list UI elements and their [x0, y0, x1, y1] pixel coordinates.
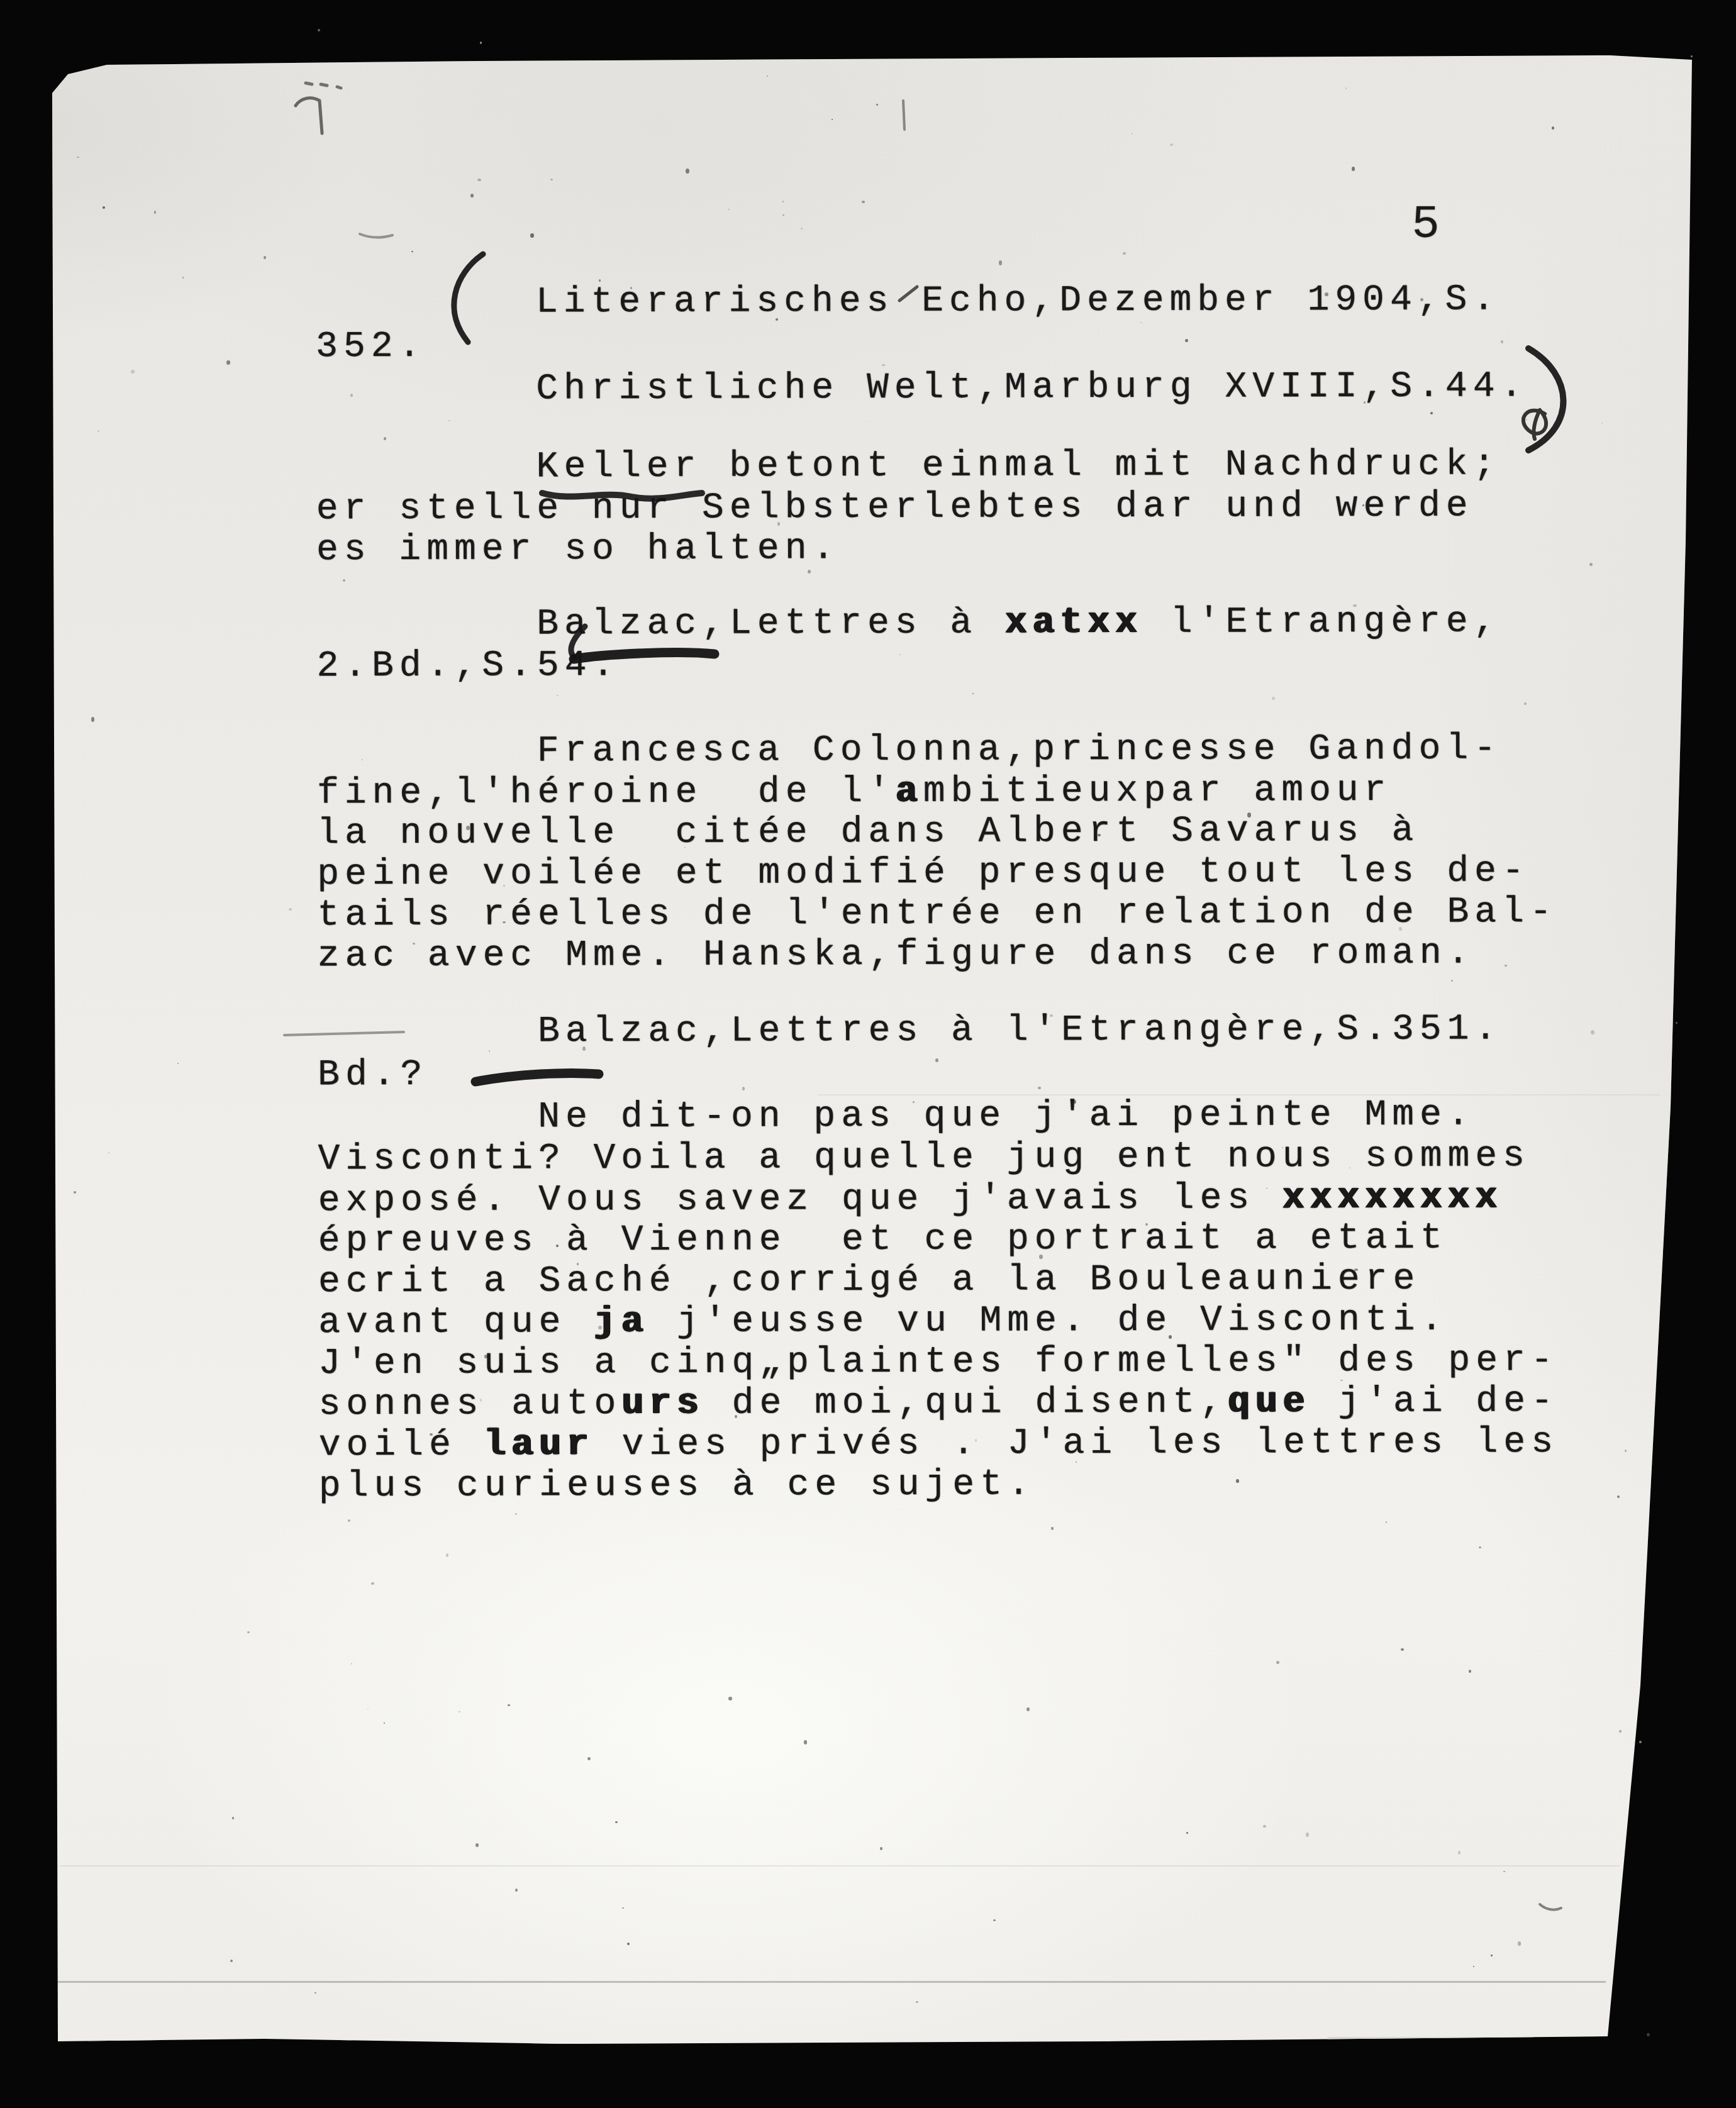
dust-speck [318, 29, 320, 31]
insertion-caret-mark [899, 287, 917, 301]
open-parenthesis-mark [454, 254, 483, 342]
balzac-underline-mark [476, 1073, 599, 1082]
scan-background: 5 Literarisches Echo,Dezember 1904,S.352… [0, 0, 1736, 2108]
dust-speck [1647, 2033, 1649, 2036]
close-parenthesis-scribble-mark [1523, 410, 1546, 439]
keller-underline-mark [542, 493, 702, 499]
handwritten-marks [0, 0, 1736, 2108]
dust-speck [1639, 1741, 1642, 1743]
top-edge-scribble-mark [306, 83, 341, 88]
scanned-document-page: { "page": { "number": "5" }, "ink_color"… [0, 0, 1736, 2108]
margin-dash-mark [284, 1032, 404, 1035]
dust-speck [480, 42, 482, 43]
dust-speck [1691, 55, 1693, 58]
page54-underline-mark [574, 653, 715, 659]
dust-speck [1676, 1022, 1678, 1024]
top-edge-scribble-mark [296, 98, 322, 133]
top-edge-scribble-mark [1540, 1904, 1561, 1910]
paper-sheet: 5 Literarisches Echo,Dezember 1904,S.352… [0, 0, 1736, 2108]
top-edge-scribble-mark [360, 234, 392, 238]
top-edge-scribble-mark [903, 101, 904, 130]
